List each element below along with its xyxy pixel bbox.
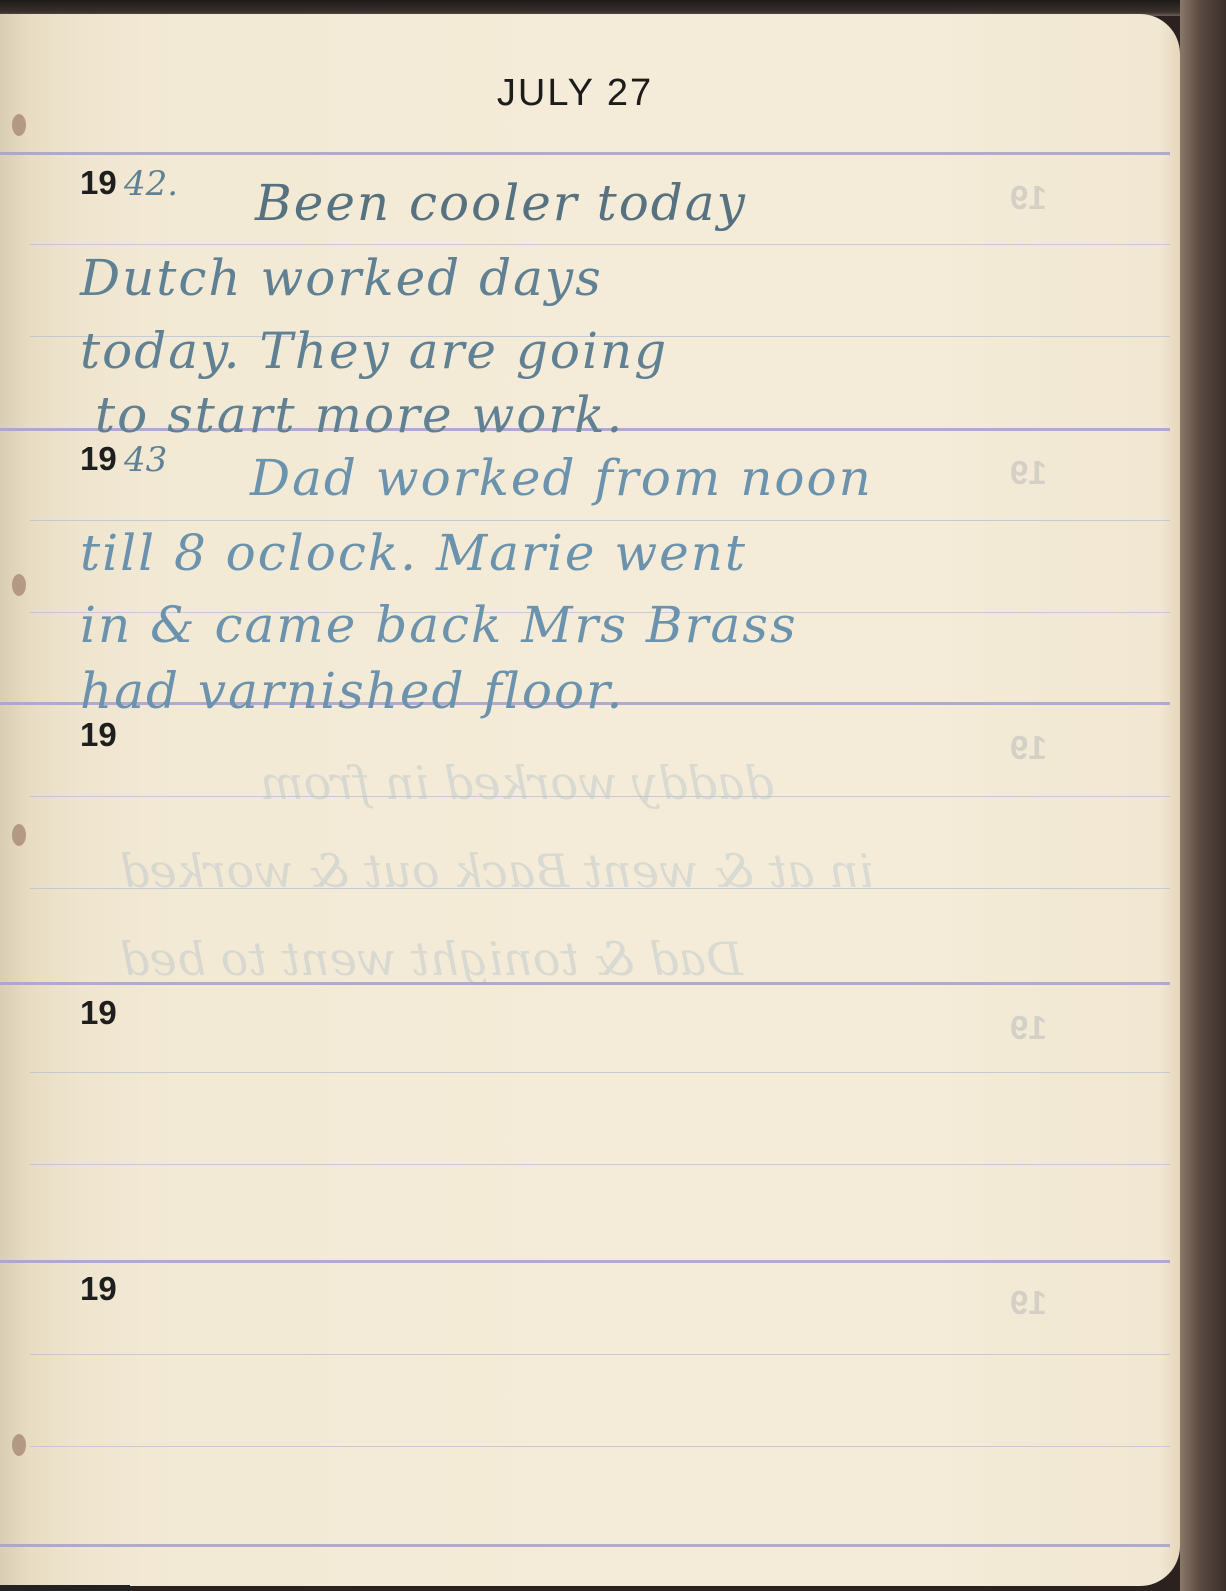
ruled-line (30, 1164, 1170, 1165)
binding-stitch (12, 114, 26, 136)
year-label: 19 (80, 440, 117, 478)
bleed-through-text: in at & went Back out & worked (120, 844, 873, 898)
year-label: 19 (80, 164, 117, 202)
entry-line: today. They are going (80, 322, 668, 380)
year-label: 19 (80, 994, 117, 1032)
entry-line: Been cooler today (255, 174, 747, 232)
ruled-line (30, 244, 1170, 245)
bleed-through-text: daddy worked in from (260, 756, 774, 810)
binding-stitch (12, 824, 26, 846)
ghost-year-label: 19 (1010, 1009, 1047, 1047)
ghost-year-label: 19 (1010, 179, 1047, 217)
page-date-title: JULY 27 (0, 72, 1150, 115)
entry-line: till 8 oclock. Marie went (80, 524, 747, 582)
diary-page: JULY 27 daddy worked in from in at & wen… (0, 14, 1180, 1586)
section-divider (0, 152, 1170, 155)
ghost-year-label: 19 (1010, 454, 1047, 492)
section-divider (0, 1260, 1170, 1263)
year-label: 19 (80, 716, 117, 754)
section-divider (0, 982, 1170, 985)
book-cover-edge (1180, 0, 1226, 1591)
ghost-year-label: 19 (1010, 1284, 1047, 1322)
year-label: 19 (80, 1270, 117, 1308)
binding-stitch (12, 574, 26, 596)
year-handwritten-suffix: 42. (124, 164, 178, 204)
entry-line: to start more work. (95, 386, 624, 444)
year-handwritten-suffix: 43 (124, 440, 167, 480)
entry-line: had varnished floor. (80, 662, 624, 720)
ghost-year-label: 19 (1010, 729, 1047, 767)
entry-line: Dad worked from noon (250, 449, 873, 507)
ruled-line (30, 888, 1170, 889)
ruled-line (30, 1072, 1170, 1073)
ruled-line (30, 796, 1170, 797)
bleed-through-text: Dad & tonight went to bed (120, 932, 743, 986)
ruled-line (30, 1354, 1170, 1355)
entry-line: in & came back Mrs Brass (80, 596, 798, 654)
ruled-line (30, 1446, 1170, 1447)
entry-line: Dutch worked days (80, 249, 603, 307)
binding-stitch (12, 1434, 26, 1456)
section-divider (0, 1544, 1170, 1547)
ruled-line (30, 520, 1170, 521)
book-bottom-edge (0, 1585, 130, 1591)
